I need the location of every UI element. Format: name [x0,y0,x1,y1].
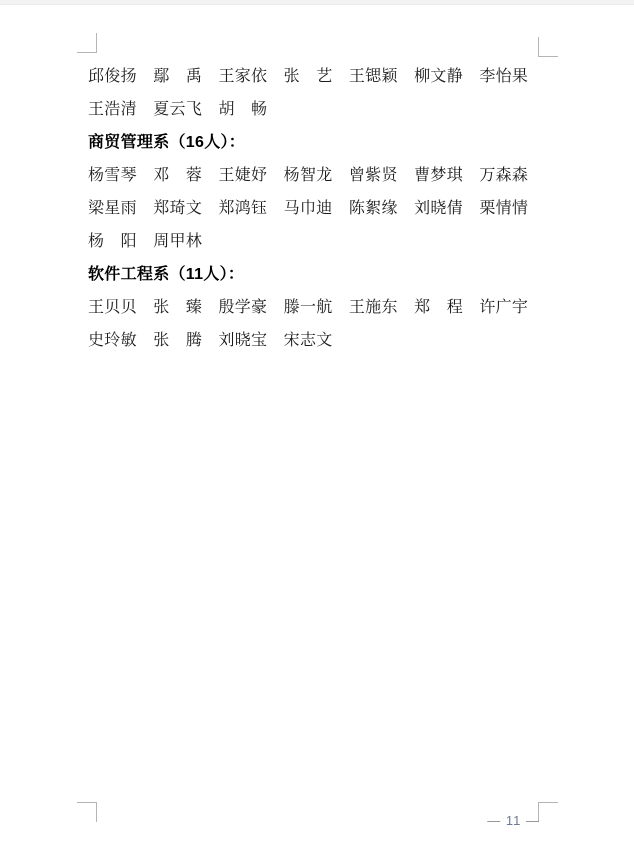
person-name: 鄢 禹 [153,68,202,85]
name-separator [267,200,283,217]
name-separator [398,68,414,85]
person-name: 李怡果 [479,68,528,85]
person-name: 滕一航 [284,299,333,316]
person-name: 杨 阳 [88,233,137,250]
name-line[interactable]: 杨雪琴 邓 蓉 王婕妤 杨智龙 曾紫贤 曹梦琪 万森森 [88,159,548,192]
name-separator [463,68,479,85]
person-name: 柳文静 [414,68,463,85]
person-name: 许广宇 [479,299,528,316]
window-top-edge [0,0,634,5]
margin-crop-mark-top-left [77,33,97,53]
name-separator [202,299,218,316]
person-name: 王锶颖 [349,68,398,85]
page-footer: — 11 — [440,813,540,828]
name-separator [333,299,349,316]
person-name: 张 臻 [153,299,202,316]
person-name: 王浩清 [88,101,137,118]
person-name: 夏云飞 [153,101,202,118]
name-separator [398,200,414,217]
person-name: 胡 畅 [218,101,267,118]
person-name: 杨智龙 [284,167,333,184]
name-line[interactable]: 王浩清 夏云飞 胡 畅 [88,93,548,126]
name-separator [137,167,153,184]
name-separator [463,167,479,184]
name-line[interactable]: 梁星雨 郑琦文 郑鸿钰 马巾迪 陈絮缘 刘晓倩 栗情情 [88,192,548,225]
person-name: 郑鸿钰 [218,200,267,217]
person-name: 杨雪琴 [88,167,137,184]
name-separator [202,101,218,118]
person-name: 周甲林 [153,233,202,250]
name-line[interactable]: 史玲敏 张 腾 刘晓宝 宋志文 [88,324,548,357]
name-separator [202,200,218,217]
person-name: 万森森 [479,167,528,184]
name-separator [398,167,414,184]
person-name: 马巾迪 [284,200,333,217]
name-separator [398,299,414,316]
person-name: 宋志文 [284,332,333,349]
person-name: 栗情情 [479,200,528,217]
name-separator [137,233,153,250]
margin-crop-mark-bottom-left [77,802,97,822]
name-separator [333,167,349,184]
person-name: 王家依 [218,68,267,85]
name-separator [333,200,349,217]
section-heading[interactable]: 商贸管理系（16人）： [88,126,548,159]
person-name: 殷学豪 [218,299,267,316]
person-name: 史玲敏 [88,332,137,349]
person-name: 王贝贝 [88,299,137,316]
person-name: 梁星雨 [88,200,137,217]
document-content[interactable]: 邱俊扬 鄢 禹 王家依 张 艺 王锶颖 柳文静 李怡果王浩清 夏云飞 胡 畅商贸… [88,60,548,357]
person-name: 刘晓倩 [414,200,463,217]
person-name: 张 腾 [153,332,202,349]
person-name: 王婕妤 [218,167,267,184]
person-name: 郑琦文 [153,200,202,217]
margin-crop-mark-top-right [538,37,558,57]
person-name: 陈絮缘 [349,200,398,217]
page-number-dash-right: — [526,813,540,828]
name-separator [267,299,283,316]
name-separator [137,200,153,217]
margin-crop-mark-bottom-right [538,802,558,822]
person-name: 王施东 [349,299,398,316]
person-name: 邓 蓉 [153,167,202,184]
name-line[interactable]: 邱俊扬 鄢 禹 王家依 张 艺 王锶颖 柳文静 李怡果 [88,60,548,93]
name-line[interactable]: 杨 阳 周甲林 [88,225,548,258]
name-separator [463,200,479,217]
name-separator [202,332,218,349]
person-name: 张 艺 [284,68,333,85]
name-separator [137,68,153,85]
name-separator [137,332,153,349]
name-separator [202,68,218,85]
name-separator [267,332,283,349]
person-name: 郑 程 [414,299,463,316]
name-separator [137,101,153,118]
person-name: 曾紫贤 [349,167,398,184]
name-separator [202,167,218,184]
name-line[interactable]: 王贝贝 张 臻 殷学豪 滕一航 王施东 郑 程 许广宇 [88,291,548,324]
person-name: 刘晓宝 [218,332,267,349]
name-separator [137,299,153,316]
name-separator [267,68,283,85]
page-number-dash-left: — [487,813,501,828]
section-heading[interactable]: 软件工程系（11人）： [88,258,548,291]
page-number: 11 [506,813,522,828]
name-separator [267,167,283,184]
name-separator [333,68,349,85]
person-name: 邱俊扬 [88,68,137,85]
name-separator [463,299,479,316]
person-name: 曹梦琪 [414,167,463,184]
